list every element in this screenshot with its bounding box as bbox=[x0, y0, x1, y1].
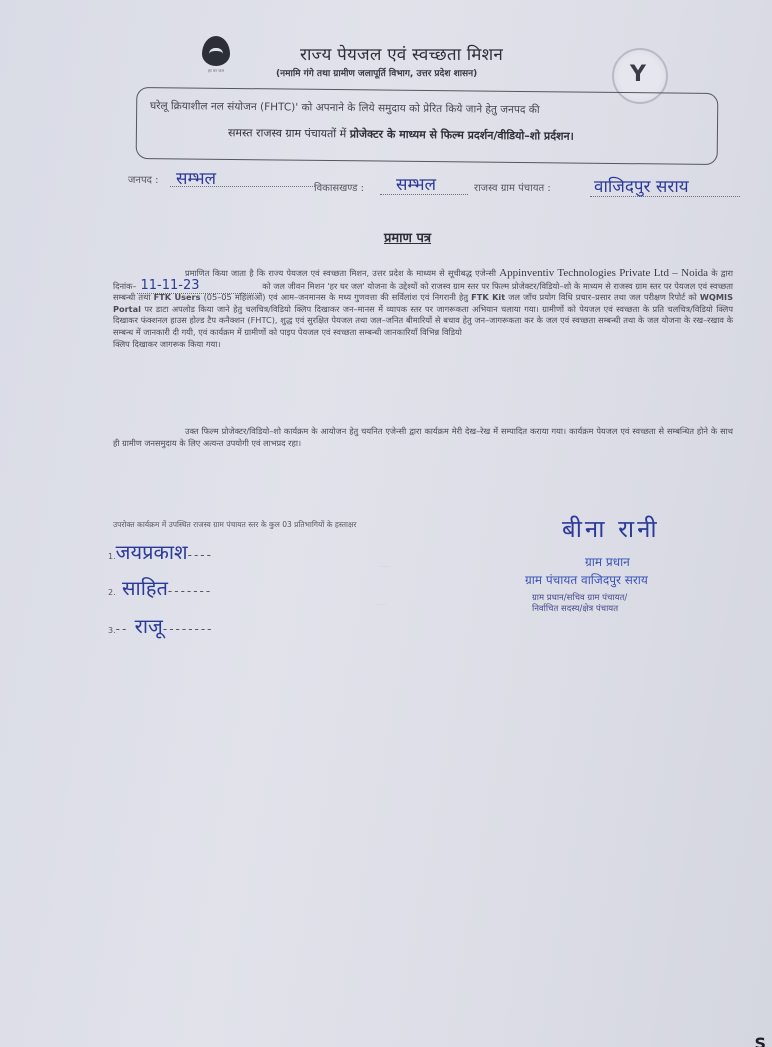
vikaskhand-value: सम्भल bbox=[380, 175, 436, 195]
participant-signature-1: 1.जयप्रकाश---- bbox=[108, 538, 213, 565]
banner-bold-text: प्रोजेक्टर के माध्यम से फिल्म प्रदर्शन/व… bbox=[350, 127, 574, 142]
agency-name: Appinventiv Technologies Private Ltd – N… bbox=[499, 267, 708, 279]
program-date: 11-11-23 bbox=[137, 278, 260, 294]
faint-bleedthrough-text: ······ bbox=[375, 602, 386, 609]
janpad-label: जनपद : bbox=[128, 172, 159, 186]
janpad-value: सम्भल bbox=[170, 169, 216, 189]
stamp-panchayat: ग्राम पंचायत वाजिदपुर सराय bbox=[525, 574, 648, 587]
subject-banner-box bbox=[136, 87, 719, 165]
vikaskhand-label: विकासखण्ड : bbox=[314, 180, 364, 194]
pradhan-signature: बीना रानी bbox=[562, 512, 660, 545]
janpad-field[interactable]: सम्भल bbox=[170, 166, 315, 187]
mission-subtitle: (नमामि गंगे तथा ग्रामीण जलापूर्ति विभाग,… bbox=[276, 66, 477, 79]
water-drop-icon bbox=[202, 36, 230, 66]
faint-bleedthrough-text: ····· bbox=[380, 564, 390, 571]
participant-signature-2: 2. साहित------- bbox=[108, 574, 212, 601]
certificate-heading: प्रमाण पत्र bbox=[384, 228, 431, 246]
logo-caption: हर घर जल bbox=[198, 68, 234, 73]
gram-panchayat-value: वाजिदपुर सराय bbox=[590, 177, 689, 197]
gram-panchayat-label: राजस्व ग्राम पंचायत : bbox=[474, 180, 551, 194]
vikaskhand-field[interactable]: सम्भल bbox=[380, 172, 468, 195]
camera-watermark: S bbox=[754, 1034, 772, 1047]
participants-intro: उपरोक्त कार्यक्रम में उपस्थित राजस्व ग्र… bbox=[113, 520, 463, 530]
participant-signature-3: 3.-- राजू-------- bbox=[108, 612, 214, 639]
emblem-icon: Y bbox=[630, 62, 646, 87]
water-drop-logo: हर घर जल bbox=[198, 36, 234, 86]
stamp-pradhan-title: ग्राम प्रधान bbox=[585, 556, 630, 569]
mission-title: राज्य पेयजल एवं स्वच्छता मिशन bbox=[300, 42, 503, 65]
certificate-paragraph-1: प्रमाणित किया जाता है कि राज्य पेयजल एवं… bbox=[113, 268, 733, 350]
certificate-paragraph-2: उक्त फिल्म प्रोजेक्टर/विडियो–शो कार्यक्र… bbox=[113, 426, 733, 449]
printed-designation-2: निर्वाचित सदस्य/क्षेत्र पंचायत bbox=[532, 603, 618, 616]
gram-panchayat-field[interactable]: वाजिदपुर सराय bbox=[590, 174, 740, 197]
